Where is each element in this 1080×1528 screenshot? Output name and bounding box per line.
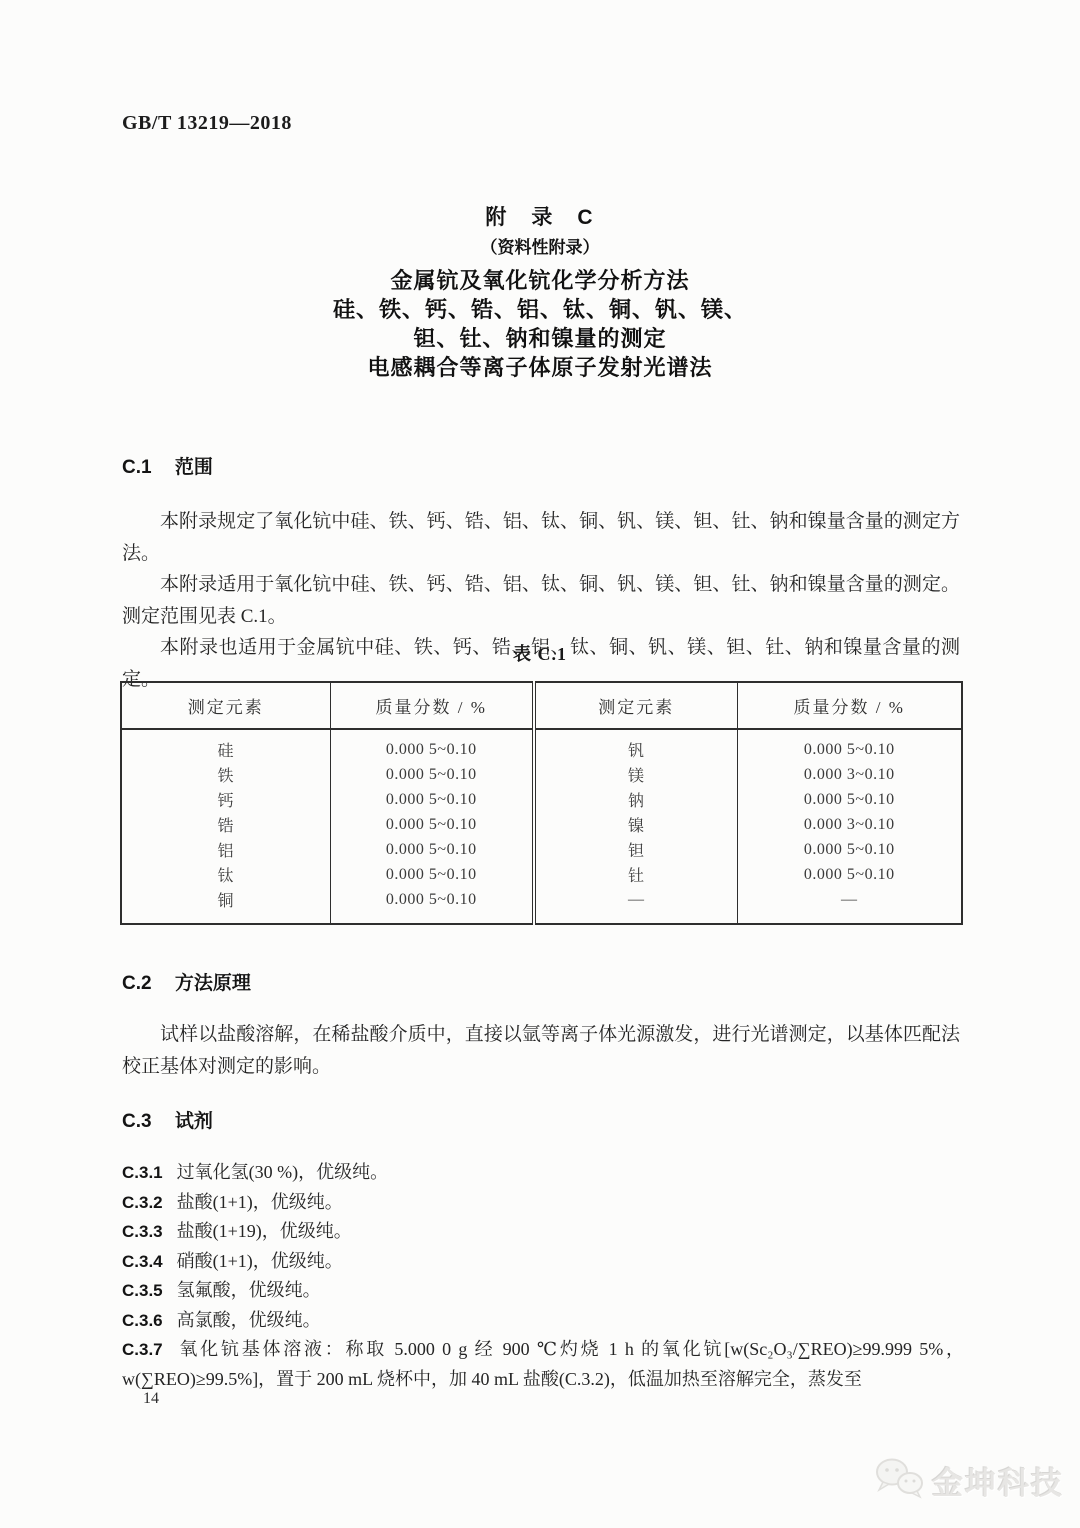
paragraph: 本附录适用于氧化钪中硅、铁、钙、锆、铝、钛、铜、钒、镁、钽、钍、钠和镍量含量的测… <box>122 569 960 632</box>
item-text: 氧化钪基体溶液：称取 5.000 0 g 经 900 ℃灼烧 1 h 的氧化钪[… <box>122 1339 964 1389</box>
table-row: 铜 0.000 5~0.10 — — <box>121 887 962 924</box>
section-c1-body: 本附录规定了氧化钪中硅、铁、钙、锆、铝、钛、铜、钒、镁、钽、钍、钠和镍量含量的测… <box>122 506 960 695</box>
item-number: C.3.3 <box>122 1222 163 1241</box>
section-c1-heading: C.1 范围 <box>122 452 213 479</box>
item-number: C.3.6 <box>122 1311 163 1330</box>
table-row: 硅 0.000 5~0.10 钒 0.000 5~0.10 <box>121 729 962 762</box>
header-cell-mass-fraction: 质量分数 / % <box>737 682 962 729</box>
element-cell: 钛 <box>121 862 330 887</box>
appendix-title-line: 金属钪及氧化钪化学分析方法 <box>0 266 1080 295</box>
value-cell: 0.000 5~0.10 <box>737 729 962 762</box>
element-cell: 硅 <box>121 729 330 762</box>
item-number: C.3.4 <box>122 1252 163 1271</box>
paragraph: 试样以盐酸溶解，在稀盐酸介质中，直接以氩等离子体光源激发，进行光谱测定，以基体匹… <box>122 1019 960 1082</box>
measurement-table-container: 测定元素 质量分数 / % 测定元素 质量分数 / % 硅 0.000 5~0.… <box>120 681 963 925</box>
element-cell: 锆 <box>121 812 330 837</box>
element-cell: 钍 <box>534 862 737 887</box>
measurement-table: 测定元素 质量分数 / % 测定元素 质量分数 / % 硅 0.000 5~0.… <box>120 681 963 925</box>
appendix-title-line: 电感耦合等离子体原子发射光谱法 <box>0 353 1080 382</box>
table-header-row: 测定元素 质量分数 / % 测定元素 质量分数 / % <box>121 682 962 729</box>
header-cell-mass-fraction: 质量分数 / % <box>330 682 534 729</box>
element-cell: 铜 <box>121 887 330 924</box>
item-text: 盐酸(1+1)，优级纯。 <box>177 1192 343 1212</box>
appendix-title-line: 钽、钍、钠和镍量的测定 <box>0 324 1080 353</box>
element-cell: — <box>534 887 737 924</box>
value-cell: 0.000 3~0.10 <box>737 762 962 787</box>
value-cell: 0.000 5~0.10 <box>330 729 534 762</box>
watermark-brand: 金坤科技 <box>932 1458 1064 1503</box>
section-c2-body: 试样以盐酸溶解，在稀盐酸介质中，直接以氩等离子体光源激发，进行光谱测定，以基体匹… <box>122 1019 960 1082</box>
clause-number: C.3 <box>122 1111 152 1132</box>
clause-title: 范围 <box>175 457 213 478</box>
value-cell: 0.000 5~0.10 <box>330 887 534 924</box>
value-cell: 0.000 5~0.10 <box>330 787 534 812</box>
list-item: C.3.4硝酸(1+1)，优级纯。 <box>122 1247 964 1277</box>
value-cell: 0.000 5~0.10 <box>330 762 534 787</box>
table-row: 锆 0.000 5~0.10 镍 0.000 3~0.10 <box>121 812 962 837</box>
section-c3-heading: C.3 试剂 <box>122 1106 213 1133</box>
appendix-heading: 附 录 C <box>0 206 1080 230</box>
list-item: C.3.6高氯酸，优级纯。 <box>122 1306 964 1336</box>
element-cell: 钒 <box>534 729 737 762</box>
table-row: 铁 0.000 5~0.10 镁 0.000 3~0.10 <box>121 762 962 787</box>
item-text: 过氧化氢(30 %)，优级纯。 <box>177 1162 388 1182</box>
element-cell: 铝 <box>121 837 330 862</box>
value-cell: 0.000 3~0.10 <box>737 812 962 837</box>
value-cell: 0.000 5~0.10 <box>330 812 534 837</box>
list-item: C.3.7氧化钪基体溶液：称取 5.000 0 g 经 900 ℃灼烧 1 h … <box>122 1335 964 1394</box>
element-cell: 钙 <box>121 787 330 812</box>
value-cell: 0.000 5~0.10 <box>737 787 962 812</box>
reagent-list: C.3.1过氧化氢(30 %)，优级纯。 C.3.2盐酸(1+1)，优级纯。 C… <box>122 1158 964 1394</box>
item-number: C.3.7 <box>122 1340 163 1359</box>
value-cell: 0.000 5~0.10 <box>330 837 534 862</box>
appendix-title-line: 硅、铁、钙、锆、铝、钛、铜、钒、镁、 <box>0 295 1080 324</box>
element-cell: 钽 <box>534 837 737 862</box>
table-row: 钙 0.000 5~0.10 钠 0.000 5~0.10 <box>121 787 962 812</box>
clause-title: 方法原理 <box>175 973 251 994</box>
watermark: 金坤科技 <box>873 1455 1064 1506</box>
item-text: 盐酸(1+19)，优级纯。 <box>177 1221 352 1241</box>
value-cell: 0.000 5~0.10 <box>330 862 534 887</box>
table-row: 钛 0.000 5~0.10 钍 0.000 5~0.10 <box>121 862 962 887</box>
element-cell: 铁 <box>121 762 330 787</box>
list-item: C.3.1过氧化氢(30 %)，优级纯。 <box>122 1158 964 1188</box>
wechat-icon <box>873 1455 927 1506</box>
item-number: C.3.2 <box>122 1193 163 1212</box>
value-cell: — <box>737 887 962 924</box>
element-cell: 镁 <box>534 762 737 787</box>
page-number: 14 <box>143 1390 159 1408</box>
list-item: C.3.5氢氟酸，优级纯。 <box>122 1276 964 1306</box>
table-row: 铝 0.000 5~0.10 钽 0.000 5~0.10 <box>121 837 962 862</box>
header-cell-element: 测定元素 <box>534 682 737 729</box>
item-text: 氢氟酸，优级纯。 <box>177 1280 321 1300</box>
document-page: GB/T 13219—2018 附 录 C （资料性附录） 金属钪及氧化钪化学分… <box>0 0 1080 1528</box>
value-cell: 0.000 5~0.10 <box>737 837 962 862</box>
appendix-type-note: （资料性附录） <box>0 237 1080 259</box>
element-cell: 镍 <box>534 812 737 837</box>
item-number: C.3.5 <box>122 1281 163 1300</box>
item-text: 高氯酸，优级纯。 <box>177 1310 321 1330</box>
item-text: 硝酸(1+1)，优级纯。 <box>177 1251 343 1271</box>
value-cell: 0.000 5~0.10 <box>737 862 962 887</box>
clause-number: C.1 <box>122 457 152 478</box>
list-item: C.3.3盐酸(1+19)，优级纯。 <box>122 1217 964 1247</box>
appendix-title-block: 附 录 C （资料性附录） 金属钪及氧化钪化学分析方法 硅、铁、钙、锆、铝、钛、… <box>0 206 1080 382</box>
standard-number: GB/T 13219—2018 <box>122 112 292 135</box>
item-number: C.3.1 <box>122 1163 163 1182</box>
section-c2-heading: C.2 方法原理 <box>122 968 251 995</box>
clause-title: 试剂 <box>175 1111 213 1132</box>
paragraph: 本附录规定了氧化钪中硅、铁、钙、锆、铝、钛、铜、钒、镁、钽、钍、钠和镍量含量的测… <box>122 506 960 569</box>
list-item: C.3.2盐酸(1+1)，优级纯。 <box>122 1188 964 1218</box>
element-cell: 钠 <box>534 787 737 812</box>
header-cell-element: 测定元素 <box>121 682 330 729</box>
table-caption: 表 C.1 <box>0 640 1080 666</box>
clause-number: C.2 <box>122 973 152 994</box>
